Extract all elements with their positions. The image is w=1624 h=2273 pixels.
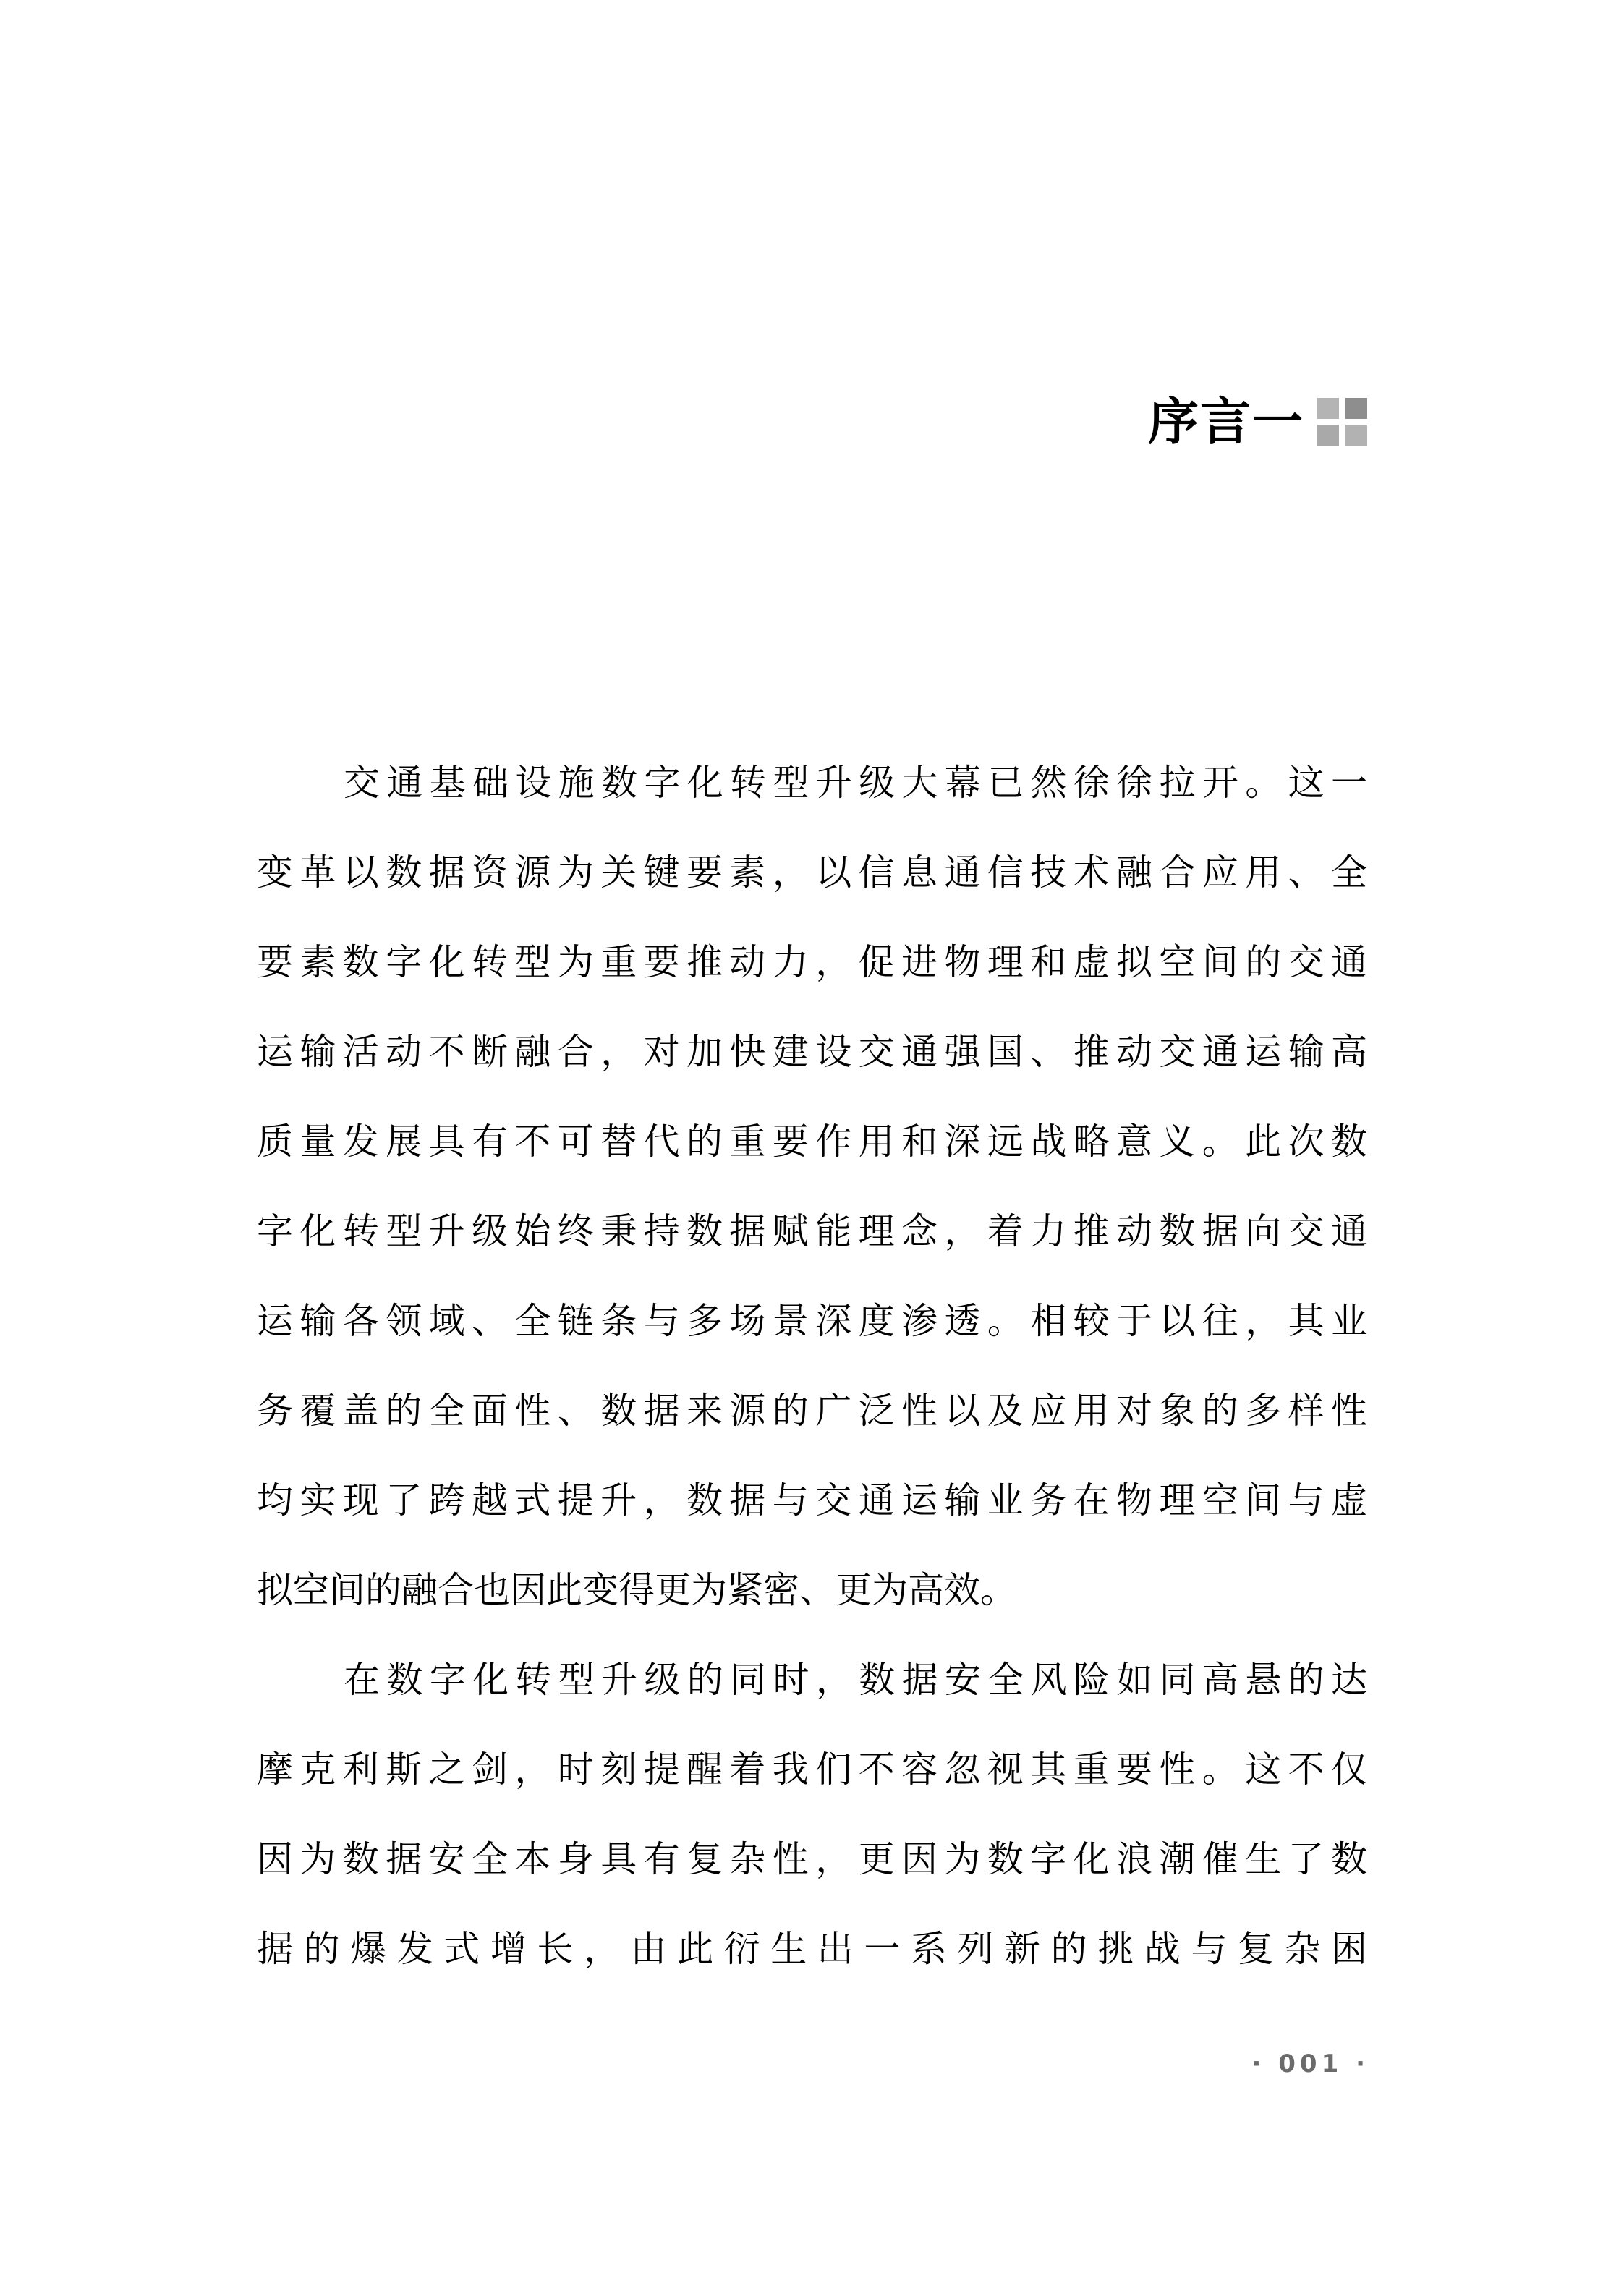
body-line: 在数字化转型升级的同时，数据安全风险如同高悬的达 — [257, 1635, 1367, 1725]
body-line: 字化转型升级始终秉持数据赋能理念，着力推动数据向交通 — [257, 1186, 1367, 1276]
deco-square-top-right — [1345, 398, 1367, 419]
preface-header: 序言一 — [1148, 391, 1367, 453]
body-line: 均实现了跨越式提升，数据与交通运输业务在物理空间与虚 — [257, 1456, 1367, 1545]
deco-square-bottom-right — [1345, 425, 1367, 446]
squares-decoration-icon — [1317, 398, 1367, 446]
body-line: 质量发展具有不可替代的重要作用和深远战略意义。此次数 — [257, 1097, 1367, 1186]
body-text: 交通基础设施数字化转型升级大幕已然徐徐拉开。这一 变革以数据资源为关键要素，以信… — [257, 738, 1367, 1994]
body-line: 运输各领域、全链条与多场景深度渗透。相较于以往，其业 — [257, 1276, 1367, 1366]
body-line: 据的爆发式增长，由此衍生出一系列新的挑战与复杂困 — [257, 1904, 1367, 1994]
body-line: 要素数字化转型为重要推动力，促进物理和虚拟空间的交通 — [257, 917, 1367, 1007]
body-line: 务覆盖的全面性、数据来源的广泛性以及应用对象的多样性 — [257, 1366, 1367, 1456]
body-line: 拟空间的融合也因此变得更为紧密、更为高效。 — [257, 1545, 1367, 1635]
body-line: 交通基础设施数字化转型升级大幕已然徐徐拉开。这一 — [257, 738, 1367, 828]
book-page: 序言一 交通基础设施数字化转型升级大幕已然徐徐拉开。这一 变革以数据资源为关键要… — [0, 0, 1624, 2273]
deco-square-bottom-left — [1317, 425, 1339, 446]
body-line: 运输活动不断融合，对加快建设交通强国、推动交通运输高 — [257, 1007, 1367, 1097]
preface-title: 序言一 — [1148, 391, 1304, 453]
body-line: 摩克利斯之剑，时刻提醒着我们不容忽视其重要性。这不仅 — [257, 1725, 1367, 1814]
body-line: 因为数据安全本身具有复杂性，更因为数字化浪潮催生了数 — [257, 1814, 1367, 1904]
body-line: 变革以数据资源为关键要素，以信息通信技术融合应用、全 — [257, 828, 1367, 917]
page-number: · 001 · — [257, 2049, 1369, 2078]
deco-square-top-left — [1317, 398, 1339, 419]
